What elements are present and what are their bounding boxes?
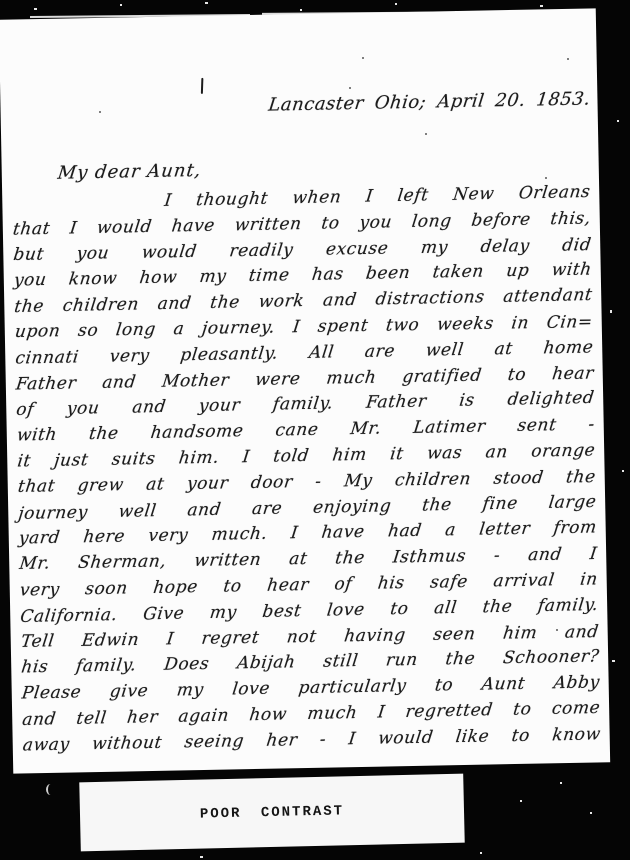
noise-speck (590, 812, 592, 814)
scan-background: Lancaster Ohio; April 20. 1853. My dear … (0, 0, 630, 860)
noise-speck (34, 8, 37, 10)
paper-speck (78, 302, 80, 304)
letter-body: I thought when I left New Orleans that I… (12, 180, 601, 759)
noise-speck (612, 660, 615, 662)
paper-speck (99, 111, 101, 113)
noise-speck (300, 9, 302, 11)
noise-speck (622, 470, 624, 472)
paper-speck (567, 58, 569, 60)
paper-speck (545, 177, 547, 179)
noise-speck (540, 5, 543, 7)
noise-speck (395, 3, 397, 5)
paper-speck (362, 57, 364, 59)
noise-speck (205, 2, 208, 4)
noise-speck (560, 782, 562, 784)
paper-speck (425, 133, 427, 135)
noise-speck (120, 4, 122, 6)
noise-speck (617, 120, 619, 122)
letter-dateline: Lancaster Ohio; April 20. 1853. (267, 88, 591, 115)
noise-speck (610, 310, 612, 313)
stamp-label: POOR CONTRAST (200, 803, 345, 822)
ink-mark (201, 78, 204, 94)
letter-page: Lancaster Ohio; April 20. 1853. My dear … (0, 8, 610, 773)
letter-salutation: My dear Aunt, (56, 160, 202, 184)
poor-contrast-stamp: POOR CONTRAST (79, 774, 464, 852)
noise-speck (520, 800, 522, 802)
noise-speck (200, 856, 203, 858)
noise-arc (46, 784, 55, 795)
paper-speck (349, 87, 351, 89)
paper-speck (556, 629, 558, 631)
noise-speck (480, 852, 482, 854)
